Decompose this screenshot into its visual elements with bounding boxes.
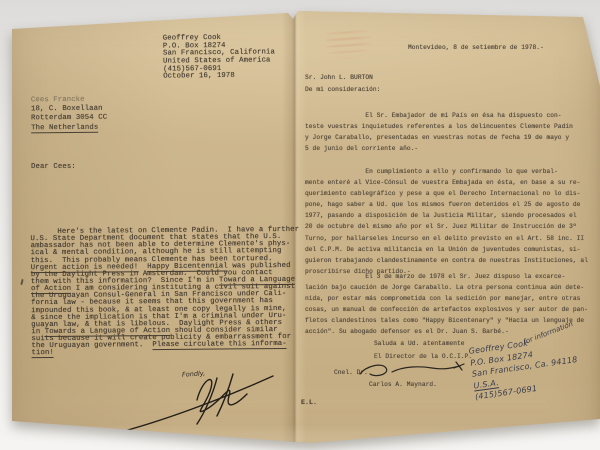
signature-geoffrey-cook-icon <box>105 366 280 442</box>
sender-address-block: Geoffrey CookP.O. Box 18274San Francisco… <box>163 34 275 81</box>
left-letter-salutation: Dear Cees: <box>31 163 76 171</box>
paper-sheet: Geoffrey CookP.O. Box 18274San Francisco… <box>0 0 600 450</box>
paragraph-1: El Sr. Embajador de mi País en ésa ha di… <box>305 110 573 154</box>
faint-red-stamp <box>325 25 373 60</box>
dateline: Montevideo, 8 de setiembre de 1978.- <box>408 44 544 51</box>
unfolded-letter-sheet: Geoffrey CookP.O. Box 18274San Francisco… <box>0 0 600 450</box>
paragraph-2: En cumplimiento a ello y confirmando lo … <box>305 166 588 277</box>
signer-name: Carlos A. Maynard. <box>369 381 437 388</box>
handwritten-contact-block: Geoffrey CookP.O. Box 18274San Francisco… <box>468 328 600 403</box>
paragraph-3: El 3 de marzo de 1978 el Sr. Juez dispus… <box>305 271 588 338</box>
photo-of-two-letters: Geoffrey CookP.O. Box 18274San Francisco… <box>0 0 600 450</box>
right-letter-salutation: De mi consideración: <box>305 86 380 93</box>
typist-initials: E.L. <box>301 399 317 406</box>
recipient-address-block: Cees Francke18, C. BoxellaanRotterdam 30… <box>31 96 107 133</box>
bottom-edge-curl <box>0 424 600 450</box>
left-letter-body: Here's the latest on Clemente Padin. I h… <box>30 227 300 358</box>
right-letter-recipient: Sr. John L. BURTON <box>305 74 373 81</box>
